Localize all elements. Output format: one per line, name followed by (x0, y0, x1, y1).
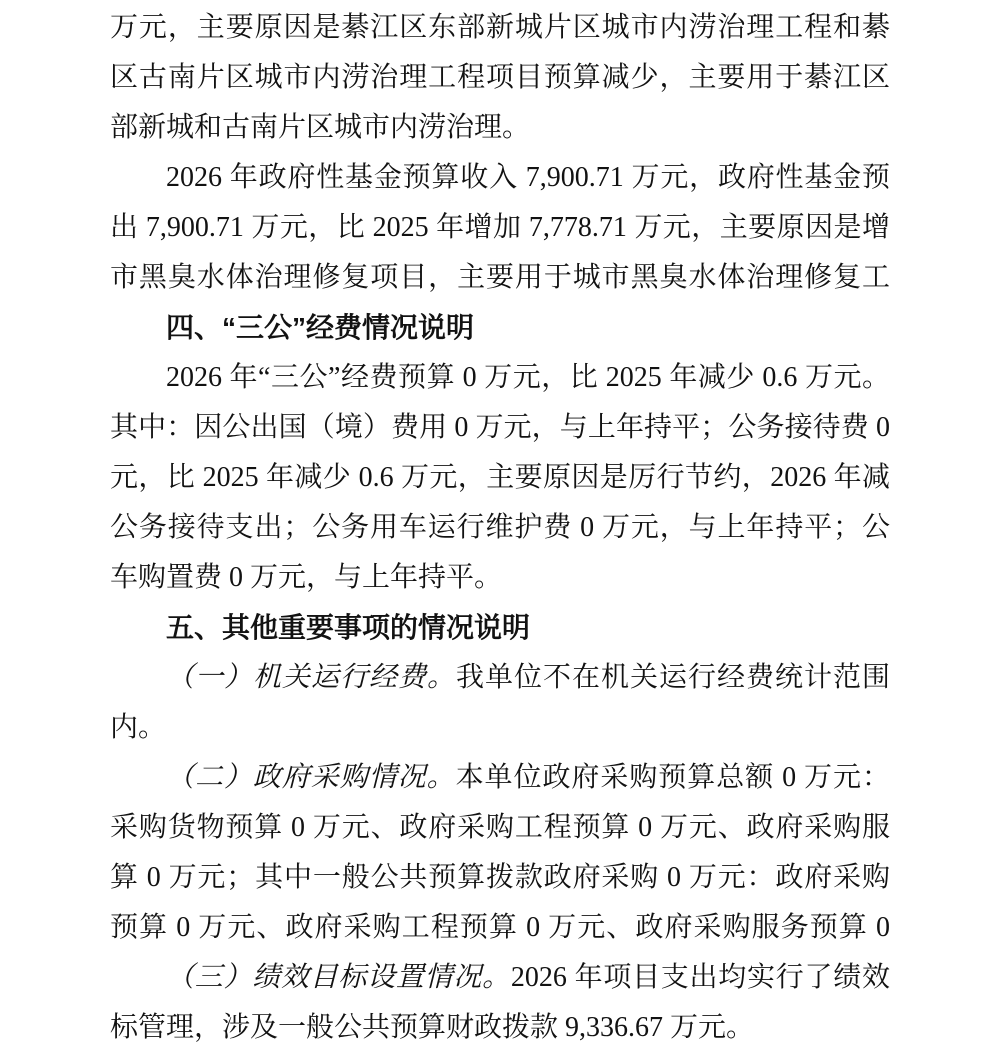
text-line: 区古南片区城市内涝治理工程项目预算减少，主要用于綦江区东 (110, 53, 890, 103)
text-line: 部新城和古南片区城市内涝治理。 (110, 103, 890, 153)
text-line: 万元，主要原因是綦江区东部新城片区城市内涝治理工程和綦江 (110, 3, 890, 53)
text-line: 内。 (110, 703, 890, 753)
lead-in-text: （三）绩效目标设置情况。 (166, 962, 511, 993)
text-line: 公务接待支出；公务用车运行维护费 0 万元，与上年持平；公务用 (110, 503, 890, 553)
text-line: （一）机关运行经费。我单位不在机关运行经费统计范围之 (110, 653, 890, 703)
paragraph: 2026 年“三公”经费预算 0 万元，比 2025 年减少 0.6 万元。其中… (110, 353, 890, 603)
paragraph: 2026 年政府性基金预算收入 7,900.71 万元，政府性基金预算支出 7,… (110, 153, 890, 303)
section-heading: 四、“三公”经费情况说明 (110, 303, 890, 353)
paragraph: （二）政府采购情况。本单位政府采购预算总额 0 万元：政府采购货物预算 0 万元… (110, 753, 890, 953)
text-line: 2026 年政府性基金预算收入 7,900.71 万元，政府性基金预算支 (110, 153, 890, 203)
text-line: 市黑臭水体治理修复项目，主要用于城市黑臭水体治理修复工作。 (110, 253, 890, 303)
lead-in-text: （二）政府采购情况。 (166, 762, 456, 793)
text-line: 2026 年“三公”经费预算 0 万元，比 2025 年减少 0.6 万元。 (110, 353, 890, 403)
document-page: 万元，主要原因是綦江区东部新城片区城市内涝治理工程和綦江区古南片区城市内涝治理工… (0, 0, 1000, 1055)
text-line: 采购货物预算 0 万元、政府采购工程预算 0 万元、政府采购服务预 (110, 803, 890, 853)
paragraph: （三）绩效目标设置情况。2026 年项目支出均实行了绩效目标管理，涉及一般公共预… (110, 953, 890, 1053)
section-heading: 五、其他重要事项的情况说明 (110, 603, 890, 653)
lead-in-text: （一）机关运行经费。 (166, 662, 456, 693)
text-line: 其中：因公出国（境）费用 0 万元，与上年持平；公务接待费 0 万 (110, 403, 890, 453)
paragraph: 万元，主要原因是綦江区东部新城片区城市内涝治理工程和綦江区古南片区城市内涝治理工… (110, 3, 890, 153)
text-line: 出 7,900.71 万元，比 2025 年增加 7,778.71 万元，主要原… (110, 203, 890, 253)
text-line: （三）绩效目标设置情况。2026 年项目支出均实行了绩效目 (110, 953, 890, 1003)
text-line: 标管理，涉及一般公共预算财政拨款 9,336.67 万元。 (110, 1003, 890, 1053)
text-line: 算 0 万元；其中一般公共预算拨款政府采购 0 万元：政府采购货物 (110, 853, 890, 903)
text-line: 车购置费 0 万元，与上年持平。 (110, 553, 890, 603)
paragraph: （一）机关运行经费。我单位不在机关运行经费统计范围之内。 (110, 653, 890, 753)
text-line: 元，比 2025 年减少 0.6 万元，主要原因是厉行节约，2026 年减少 (110, 453, 890, 503)
text-line: 预算 0 万元、政府采购工程预算 0 万元、政府采购服务预算 0 万元。 (110, 903, 890, 953)
text-line: （二）政府采购情况。本单位政府采购预算总额 0 万元：政府 (110, 753, 890, 803)
